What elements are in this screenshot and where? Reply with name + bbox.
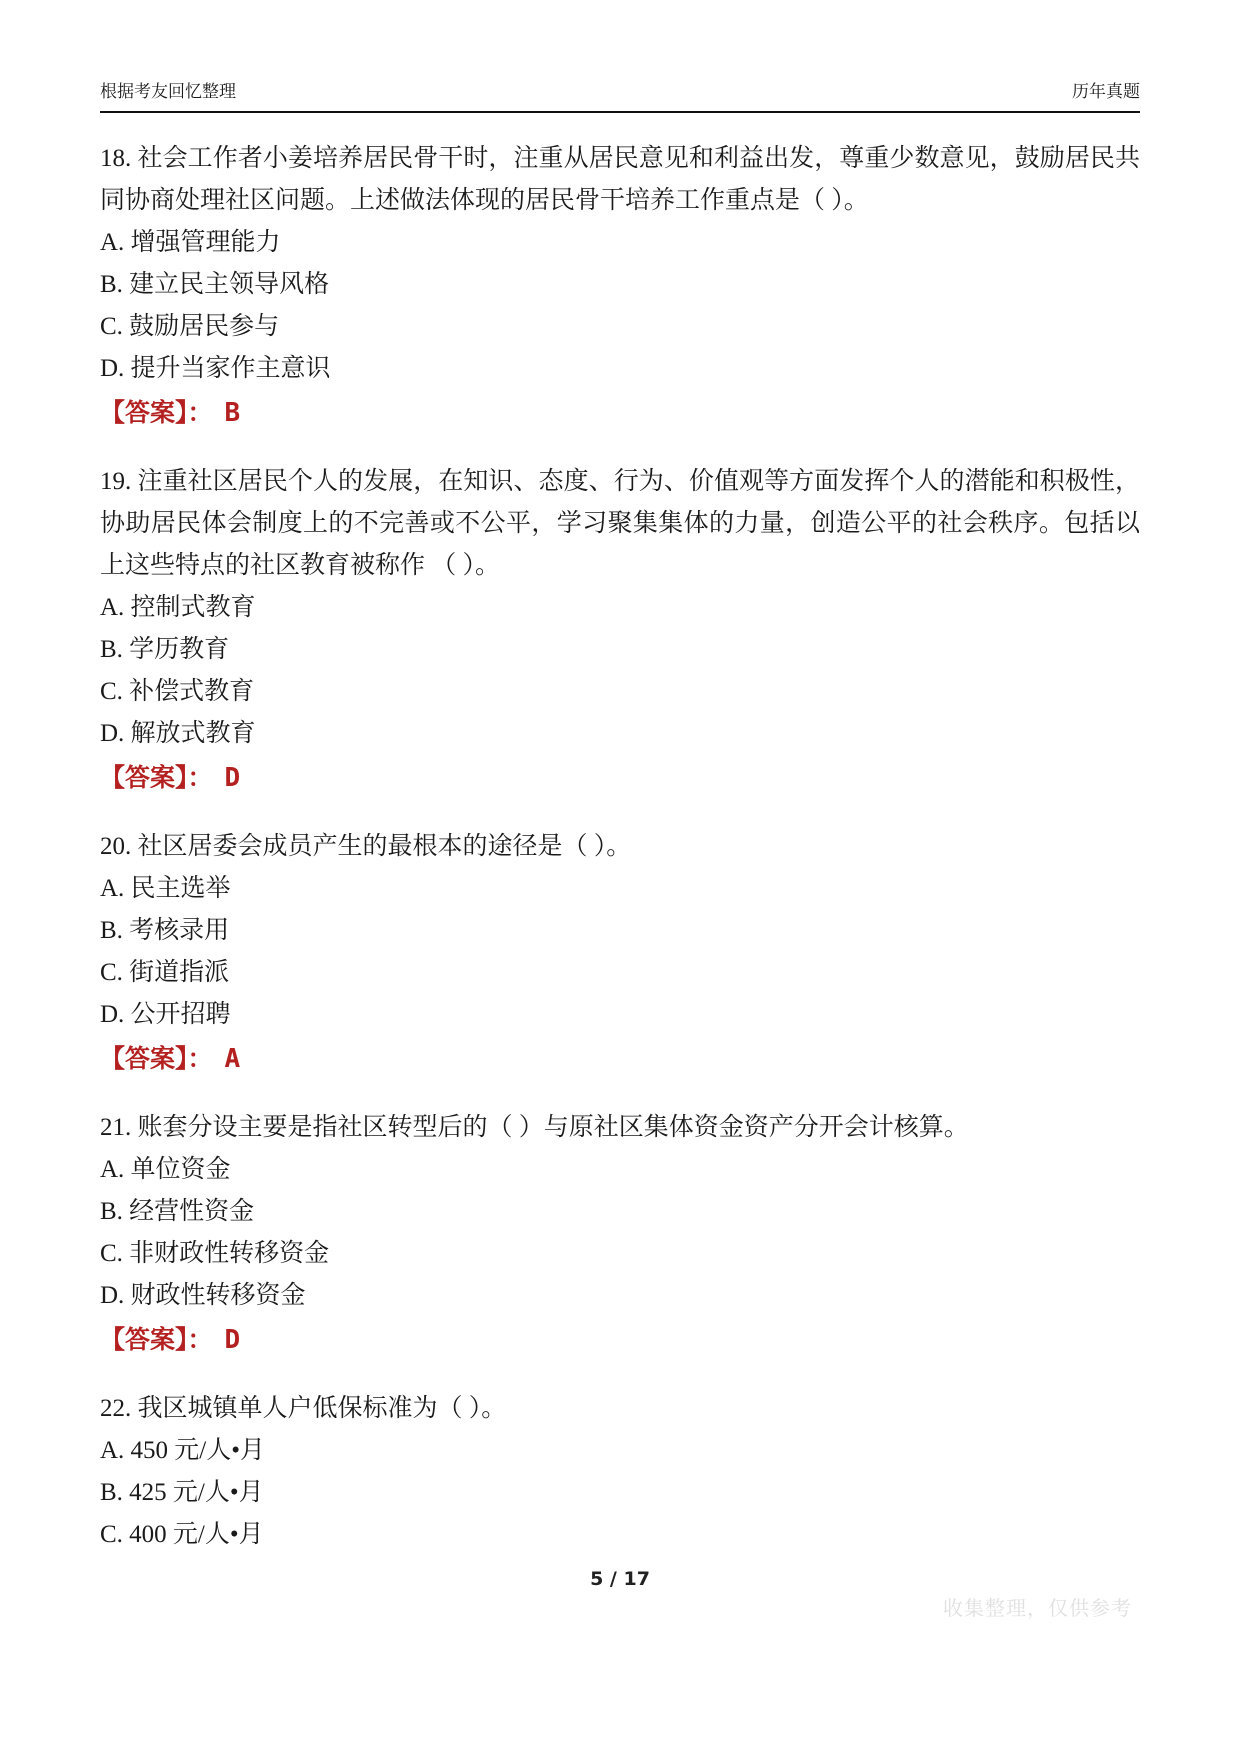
question-22: 22. 我区城镇单人户低保标准为（ ）。 A. 450 元/人•月 B. 425… — [100, 1388, 1140, 1556]
option-c: C. 400 元/人•月 — [100, 1514, 1140, 1556]
option-a: A. 增强管理能力 — [100, 222, 1140, 264]
page-header: 根据考友回忆整理 历年真题 — [100, 82, 1140, 113]
answer-letter: D — [225, 1325, 241, 1355]
option-a: A. 控制式教育 — [100, 587, 1140, 629]
question-18: 18. 社会工作者小姜培养居民骨干时，注重从居民意见和利益出发，尊重少数意见，鼓… — [100, 138, 1140, 435]
header-source-note: 根据考友回忆整理 — [100, 82, 236, 102]
option-b: B. 经营性资金 — [100, 1191, 1140, 1233]
answer-letter: A — [225, 1044, 241, 1074]
questions-area: 18. 社会工作者小姜培养居民骨干时，注重从居民意见和利益出发，尊重少数意见，鼓… — [100, 138, 1140, 1556]
answer-label: 【答案】： — [100, 1046, 213, 1073]
option-c: C. 鼓励居民参与 — [100, 306, 1140, 348]
answer-letter: B — [225, 398, 241, 428]
question-21: 21. 账套分设主要是指社区转型后的（ ）与原社区集体资金资产分开会计核算。 A… — [100, 1107, 1140, 1362]
answer-letter: D — [225, 763, 241, 793]
option-c: C. 非财政性转移资金 — [100, 1233, 1140, 1275]
option-d: D. 解放式教育 — [100, 713, 1140, 755]
option-b: B. 学历教育 — [100, 629, 1140, 671]
option-d: D. 财政性转移资金 — [100, 1275, 1140, 1317]
page-number: 5 / 17 — [0, 1568, 1240, 1590]
question-stem: 19. 注重社区居民个人的发展，在知识、态度、行为、价值观等方面发挥个人的潜能和… — [100, 461, 1140, 587]
option-d: D. 公开招聘 — [100, 994, 1140, 1036]
answer-label: 【答案】： — [100, 765, 213, 792]
option-d: D. 提升当家作主意识 — [100, 348, 1140, 390]
answer-label: 【答案】： — [100, 1327, 213, 1354]
watermark: 收集整理，仅供参考 — [943, 1592, 1132, 1621]
question-stem: 20. 社区居委会成员产生的最根本的途径是（ ）。 — [100, 826, 1140, 868]
question-stem: 21. 账套分设主要是指社区转型后的（ ）与原社区集体资金资产分开会计核算。 — [100, 1107, 1140, 1149]
question-20: 20. 社区居委会成员产生的最根本的途径是（ ）。 A. 民主选举 B. 考核录… — [100, 826, 1140, 1081]
option-c: C. 街道指派 — [100, 952, 1140, 994]
question-19: 19. 注重社区居民个人的发展，在知识、态度、行为、价值观等方面发挥个人的潜能和… — [100, 461, 1140, 800]
option-c: C. 补偿式教育 — [100, 671, 1140, 713]
answer-label: 【答案】： — [100, 400, 213, 427]
answer-line: 【答案】：B — [100, 392, 1140, 435]
option-a: A. 450 元/人•月 — [100, 1430, 1140, 1472]
option-b: B. 建立民主领导风格 — [100, 264, 1140, 306]
option-b: B. 考核录用 — [100, 910, 1140, 952]
question-stem: 22. 我区城镇单人户低保标准为（ ）。 — [100, 1388, 1140, 1430]
option-a: A. 单位资金 — [100, 1149, 1140, 1191]
document-page: 根据考友回忆整理 历年真题 18. 社会工作者小姜培养居民骨干时，注重从居民意见… — [0, 0, 1240, 1753]
answer-line: 【答案】：D — [100, 757, 1140, 800]
option-b: B. 425 元/人•月 — [100, 1472, 1140, 1514]
header-doc-type: 历年真题 — [1072, 82, 1140, 102]
question-stem: 18. 社会工作者小姜培养居民骨干时，注重从居民意见和利益出发，尊重少数意见，鼓… — [100, 138, 1140, 222]
option-a: A. 民主选举 — [100, 868, 1140, 910]
answer-line: 【答案】：D — [100, 1319, 1140, 1362]
answer-line: 【答案】：A — [100, 1038, 1140, 1081]
